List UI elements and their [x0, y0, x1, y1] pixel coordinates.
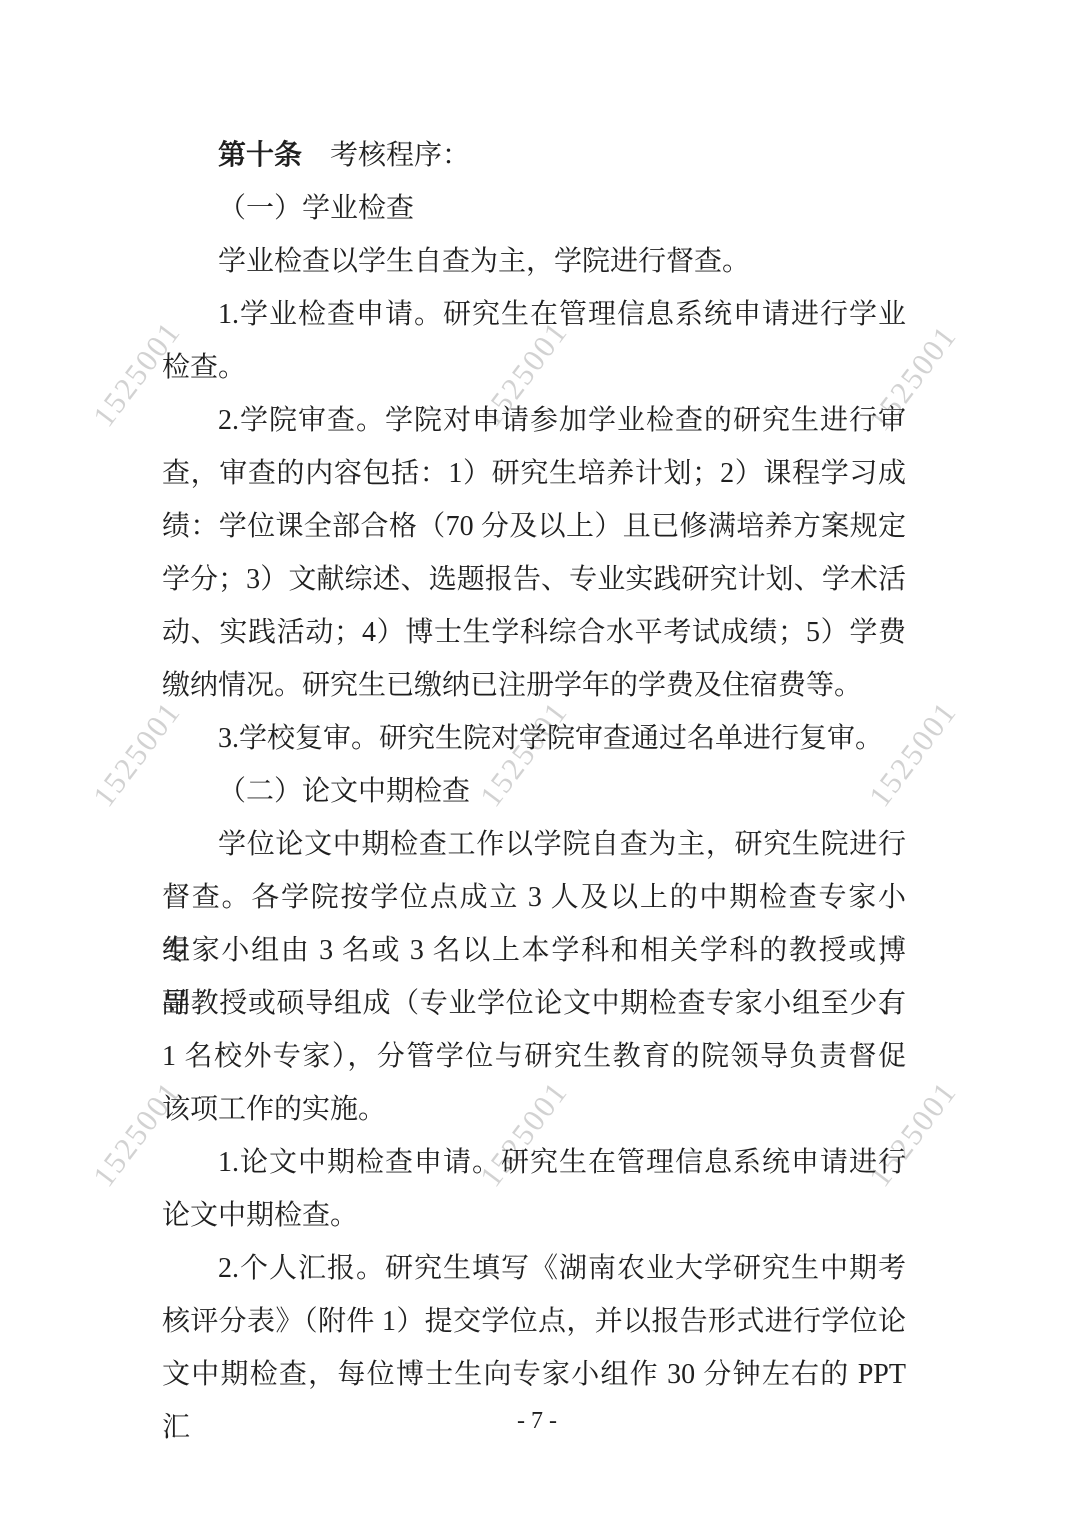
line-text: 2.个人汇报。研究生填写《湖南农业大学研究生中期考	[218, 1253, 906, 1284]
text-line: 1.论文中期检查申请。研究生在管理信息系统申请进行	[162, 1136, 906, 1189]
text-line: 动、实践活动；4）博士生学科综合水平考试成绩；5）学费	[162, 606, 906, 659]
line-text: 学分；3）文献综述、选题报告、专业实践研究计划、学术活	[162, 564, 906, 595]
text-line: 副教授或硕导组成（专业学位论文中期检查专家小组至少有	[162, 977, 906, 1030]
text-line: 学位论文中期检查工作以学院自查为主，研究生院进行	[162, 818, 906, 871]
text-line: 专家小组由 3 名或 3 名以上本学科和相关学科的教授或博导、	[162, 924, 906, 977]
line-text: （二）论文中期检查	[218, 776, 470, 807]
text-line: 3.学校复审。研究生院对学院审查通过名单进行复审。	[162, 712, 906, 765]
text-line: 2.个人汇报。研究生填写《湖南农业大学研究生中期考	[162, 1242, 906, 1295]
document-body: 第十条 考核程序：（一）学业检查学业检查以学生自查为主，学院进行督查。1.学业检…	[162, 129, 906, 1401]
line-text: 核评分表》（附件 1）提交学位点，并以报告形式进行学位论	[162, 1306, 906, 1337]
text-line: （二）论文中期检查	[162, 765, 906, 818]
line-text: 检查。	[162, 352, 246, 383]
text-line: 2.学院审查。学院对申请参加学业检查的研究生进行审	[162, 394, 906, 447]
line-text: 论文中期检查。	[162, 1200, 358, 1231]
line-text: 查，审查的内容包括：1）研究生培养计划；2）课程学习成	[162, 458, 906, 489]
text-line: 该项工作的实施。	[162, 1083, 906, 1136]
text-line: 学分；3）文献综述、选题报告、专业实践研究计划、学术活	[162, 553, 906, 606]
page-number: - 7 -	[0, 1404, 1074, 1438]
text-line: （一）学业检查	[162, 182, 906, 235]
line-text: 3.学校复审。研究生院对学院审查通过名单进行复审。	[218, 723, 883, 754]
line-text: 1 名校外专家），分管学位与研究生教育的院领导负责督促	[162, 1041, 906, 1072]
text-line: 核评分表》（附件 1）提交学位点，并以报告形式进行学位论	[162, 1295, 906, 1348]
line-text: 1.学业检查申请。研究生在管理信息系统申请进行学业	[218, 299, 906, 330]
text-line: 查，审查的内容包括：1）研究生培养计划；2）课程学习成	[162, 447, 906, 500]
text-line: 第十条 考核程序：	[162, 129, 906, 182]
text-line: 绩：学位课全部合格（70 分及以上）且已修满培养方案规定	[162, 500, 906, 553]
line-text: 副教授或硕导组成（专业学位论文中期检查专家小组至少有	[162, 988, 906, 1019]
line-text: 动、实践活动；4）博士生学科综合水平考试成绩；5）学费	[162, 617, 906, 648]
text-line: 1 名校外专家），分管学位与研究生教育的院领导负责督促	[162, 1030, 906, 1083]
line-text: 2.学院审查。学院对申请参加学业检查的研究生进行审	[218, 405, 906, 436]
line-text: 学位论文中期检查工作以学院自查为主，研究生院进行	[218, 829, 906, 860]
line-text: 缴纳情况。研究生已缴纳已注册学年的学费及住宿费等。	[162, 670, 862, 701]
text-line: 检查。	[162, 341, 906, 394]
document-page: 1525001152500115250011525001152500115250…	[0, 0, 1074, 1520]
text-line: 1.学业检查申请。研究生在管理信息系统申请进行学业	[162, 288, 906, 341]
line-text: 考核程序：	[302, 140, 470, 171]
line-text: 学业检查以学生自查为主，学院进行督查。	[218, 246, 750, 277]
line-text: 该项工作的实施。	[162, 1094, 386, 1125]
text-line: 论文中期检查。	[162, 1189, 906, 1242]
line-text: 1.论文中期检查申请。研究生在管理信息系统申请进行	[218, 1147, 906, 1178]
text-line: 缴纳情况。研究生已缴纳已注册学年的学费及住宿费等。	[162, 659, 906, 712]
text-line: 督查。各学院按学位点成立 3 人及以上的中期检查专家小组，	[162, 871, 906, 924]
text-line: 学业检查以学生自查为主，学院进行督查。	[162, 235, 906, 288]
text-line: 文中期检查，每位博士生向专家小组作 30 分钟左右的 PPT 汇	[162, 1348, 906, 1401]
article-number: 第十条	[218, 140, 302, 171]
line-text: 绩：学位课全部合格（70 分及以上）且已修满培养方案规定	[162, 511, 906, 542]
line-text: （一）学业检查	[218, 193, 414, 224]
